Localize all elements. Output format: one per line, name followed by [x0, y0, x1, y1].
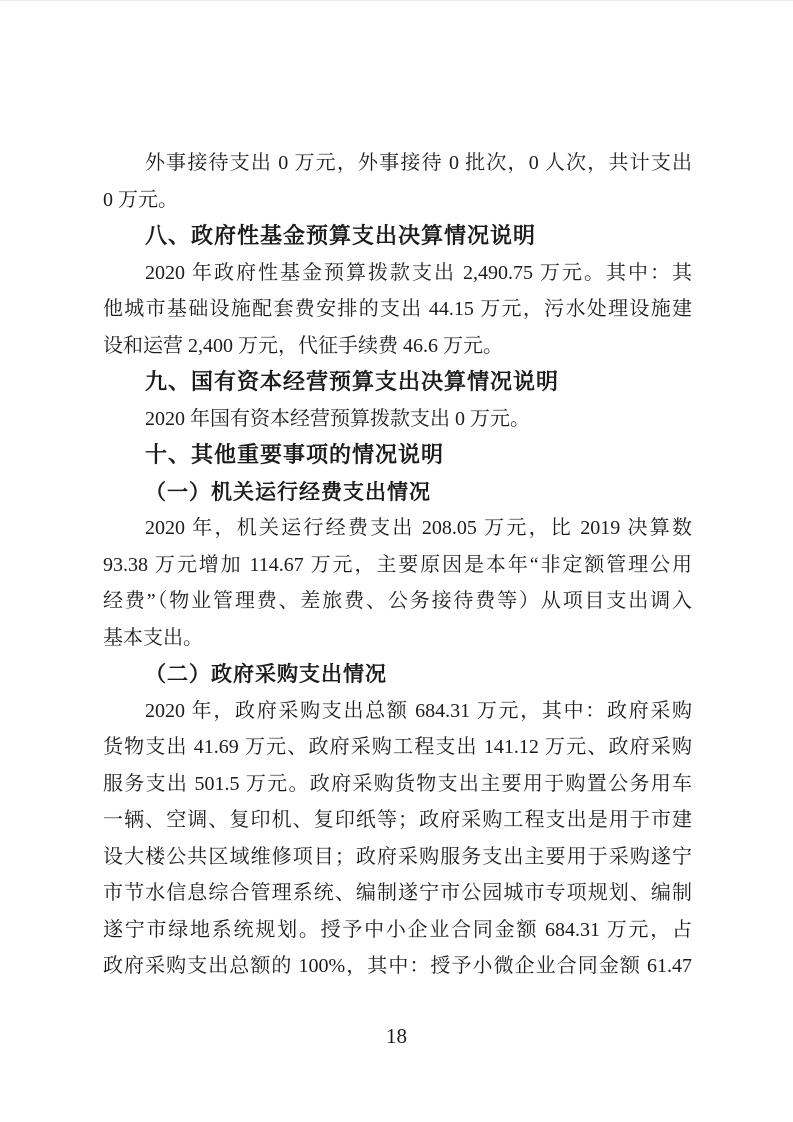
paragraph-line: 遂宁市绿地系统规划。授予中小企业合同金额 684.31 万元，占 — [103, 912, 692, 949]
paragraph-line: 2020 年国有资本经营预算拨款支出 0 万元。 — [103, 401, 692, 438]
paragraph-line: 基本支出。 — [103, 620, 692, 657]
paragraph-line: 0 万元。 — [103, 182, 692, 219]
document-page: 外事接待支出 0 万元，外事接待 0 批次，0 人次，共计支出 0 万元。 八、… — [0, 0, 793, 1122]
section-heading: 九、国有资本经营预算支出决算情况说明 — [103, 364, 692, 401]
paragraph-line: 设大楼公共区域维修项目；政府采购服务支出主要用于采购遂宁 — [103, 839, 692, 876]
paragraph-line: 货物支出 41.69 万元、政府采购工程支出 141.12 万元、政府采购 — [103, 729, 692, 766]
paragraph-line: 市节水信息综合管理系统、编制遂宁市公园城市专项规划、编制 — [103, 875, 692, 912]
section-heading: 八、政府性基金预算支出决算情况说明 — [103, 218, 692, 255]
paragraph-line: 93.38 万元增加 114.67 万元，主要原因是本年“非定额管理公用 — [103, 547, 692, 584]
document-body: 外事接待支出 0 万元，外事接待 0 批次，0 人次，共计支出 0 万元。 八、… — [103, 145, 692, 985]
paragraph-line: 外事接待支出 0 万元，外事接待 0 批次，0 人次，共计支出 — [103, 145, 692, 182]
paragraph-line: 一辆、空调、复印机、复印纸等；政府采购工程支出是用于市建 — [103, 802, 692, 839]
paragraph-line: 他城市基础设施配套费安排的支出 44.15 万元，污水处理设施建 — [103, 291, 692, 328]
paragraph-line: 2020 年，政府采购支出总额 684.31 万元，其中：政府采购 — [103, 693, 692, 730]
paragraph-line: 2020 年，机关运行经费支出 208.05 万元，比 2019 决算数 — [103, 510, 692, 547]
paragraph-line: 服务支出 501.5 万元。政府采购货物支出主要用于购置公务用车 — [103, 766, 692, 803]
page-number: 18 — [0, 1018, 793, 1055]
subsection-heading: （二）政府采购支出情况 — [103, 656, 692, 693]
paragraph-line: 设和运营 2,400 万元，代征手续费 46.6 万元。 — [103, 328, 692, 365]
subsection-heading: （一）机关运行经费支出情况 — [103, 474, 692, 511]
section-heading: 十、其他重要事项的情况说明 — [103, 437, 692, 474]
paragraph-line: 2020 年政府性基金预算拨款支出 2,490.75 万元。其中：其 — [103, 255, 692, 292]
paragraph-line: 经费”（物业管理费、差旅费、公务接待费等）从项目支出调入 — [103, 583, 692, 620]
paragraph-line: 政府采购支出总额的 100%，其中：授予小微企业合同金额 61.47 — [103, 948, 692, 985]
